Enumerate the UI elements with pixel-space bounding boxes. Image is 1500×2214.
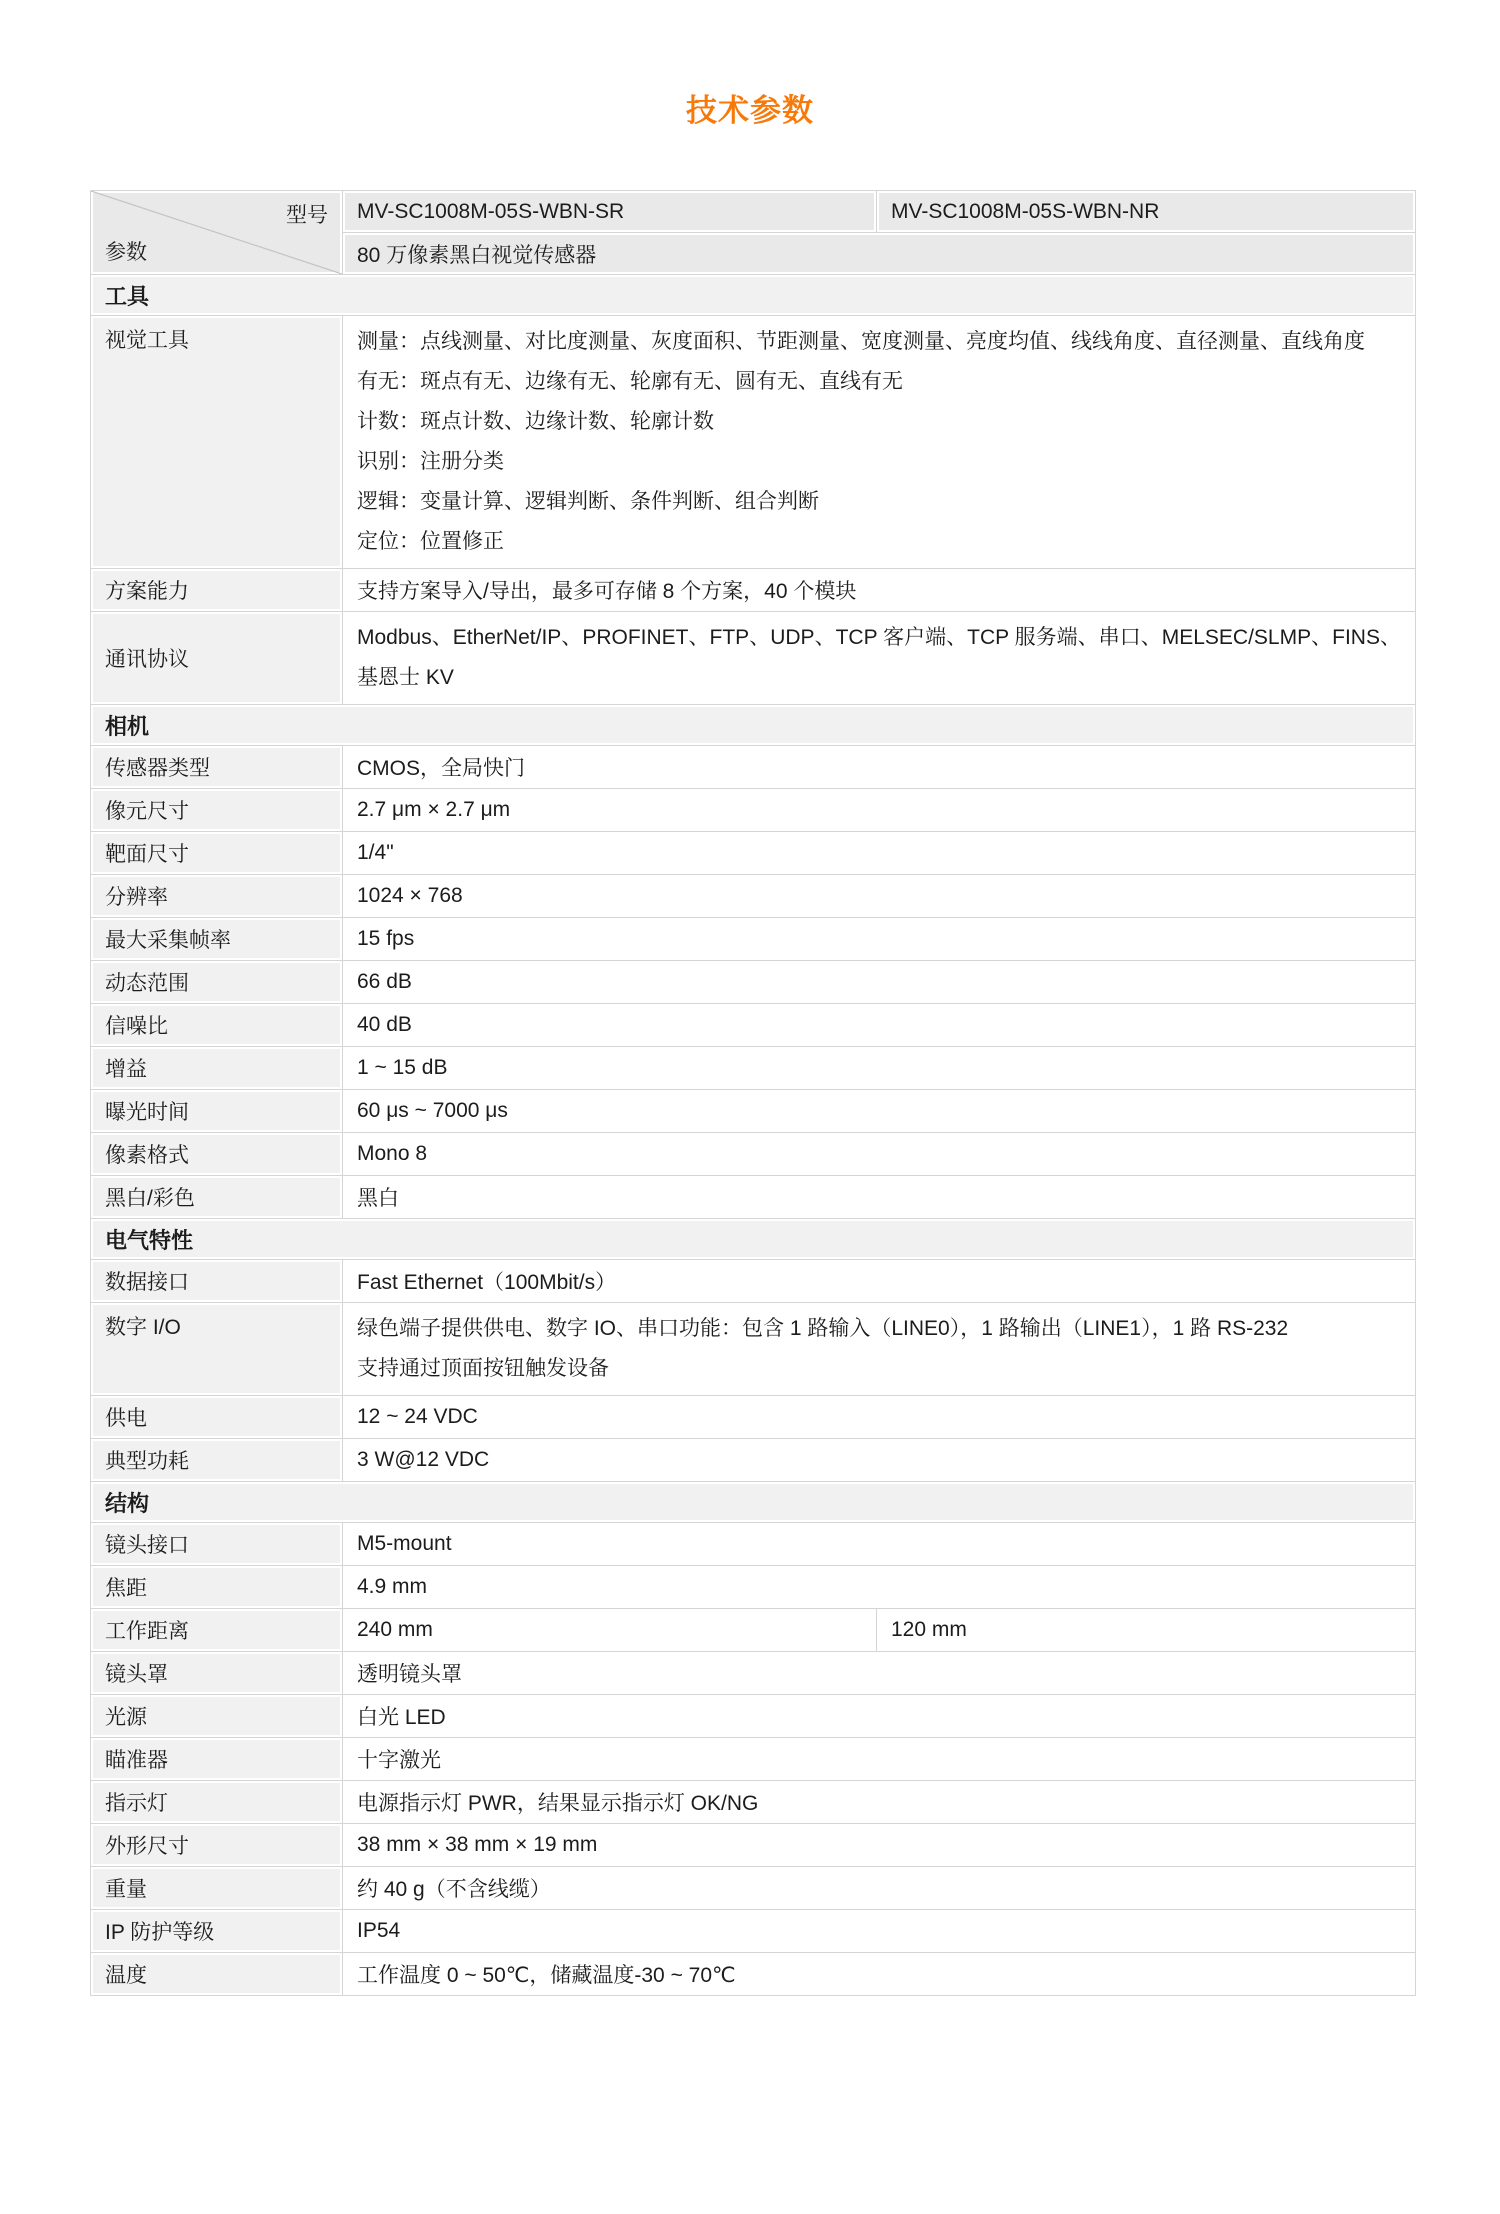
param-label: 焦距 bbox=[91, 1566, 343, 1609]
value-line: 测量：点线测量、对比度测量、灰度面积、节距测量、宽度测量、亮度均值、线线角度、直… bbox=[357, 322, 1401, 362]
value-line: 定位：位置修正 bbox=[357, 522, 1401, 562]
param-value: 2.7 μm × 2.7 μm bbox=[343, 789, 1416, 832]
param-label: 指示灯 bbox=[91, 1781, 343, 1824]
table-row: 光源 白光 LED bbox=[91, 1695, 1416, 1738]
param-label: 工作距离 bbox=[91, 1609, 343, 1652]
table-row: 重量 约 40 g（不含线缆） bbox=[91, 1867, 1416, 1910]
table-row: 传感器类型 CMOS，全局快门 bbox=[91, 746, 1416, 789]
header-row-models: 型号 参数 MV-SC1008M-05S-WBN-SR MV-SC1008M-0… bbox=[91, 191, 1416, 233]
model-name-2: MV-SC1008M-05S-WBN-NR bbox=[877, 191, 1416, 233]
param-value: 38 mm × 38 mm × 19 mm bbox=[343, 1824, 1416, 1867]
param-value: 十字激光 bbox=[343, 1738, 1416, 1781]
param-label: 黑白/彩色 bbox=[91, 1176, 343, 1219]
section-header-tools: 工具 bbox=[91, 275, 1416, 316]
param-value: 1024 × 768 bbox=[343, 875, 1416, 918]
param-label: 曝光时间 bbox=[91, 1090, 343, 1133]
table-row: 数字 I/O 绿色端子提供供电、数字 IO、串口功能：包含 1 路输入（LINE… bbox=[91, 1303, 1416, 1396]
value-line: 绿色端子提供供电、数字 IO、串口功能：包含 1 路输入（LINE0），1 路输… bbox=[357, 1309, 1401, 1349]
table-row: 数据接口 Fast Ethernet（100Mbit/s） bbox=[91, 1260, 1416, 1303]
param-value: Fast Ethernet（100Mbit/s） bbox=[343, 1260, 1416, 1303]
param-value: 绿色端子提供供电、数字 IO、串口功能：包含 1 路输入（LINE0），1 路输… bbox=[343, 1303, 1416, 1396]
section-row-camera: 相机 bbox=[91, 705, 1416, 746]
value-line: 计数：斑点计数、边缘计数、轮廓计数 bbox=[357, 402, 1401, 442]
param-label: 最大采集帧率 bbox=[91, 918, 343, 961]
page: 技术参数 型号 参数 MV-SC1008M-05S-WBN-SR MV-SC10… bbox=[0, 92, 1500, 1996]
param-value: 黑白 bbox=[343, 1176, 1416, 1219]
param-value: 66 dB bbox=[343, 961, 1416, 1004]
table-row: 像元尺寸 2.7 μm × 2.7 μm bbox=[91, 789, 1416, 832]
param-value: M5-mount bbox=[343, 1523, 1416, 1566]
param-label: 传感器类型 bbox=[91, 746, 343, 789]
table-row: 信噪比 40 dB bbox=[91, 1004, 1416, 1047]
param-value: 60 μs ~ 7000 μs bbox=[343, 1090, 1416, 1133]
param-label: 重量 bbox=[91, 1867, 343, 1910]
table-row: 通讯协议 Modbus、EtherNet/IP、PROFINET、FTP、UDP… bbox=[91, 612, 1416, 705]
value-line: 支持通过顶面按钮触发设备 bbox=[357, 1349, 1401, 1389]
param-value-model-2: 120 mm bbox=[877, 1609, 1416, 1652]
section-row-tools: 工具 bbox=[91, 275, 1416, 316]
table-row: IP 防护等级 IP54 bbox=[91, 1910, 1416, 1953]
table-row: 最大采集帧率 15 fps bbox=[91, 918, 1416, 961]
param-label: 方案能力 bbox=[91, 569, 343, 612]
param-value: 测量：点线测量、对比度测量、灰度面积、节距测量、宽度测量、亮度均值、线线角度、直… bbox=[343, 316, 1416, 569]
param-label: 数字 I/O bbox=[91, 1303, 343, 1396]
table-row: 温度 工作温度 0 ~ 50℃，储藏温度-30 ~ 70℃ bbox=[91, 1953, 1416, 1996]
table-row: 动态范围 66 dB bbox=[91, 961, 1416, 1004]
table-row: 工作距离 240 mm 120 mm bbox=[91, 1609, 1416, 1652]
param-label: 瞄准器 bbox=[91, 1738, 343, 1781]
corner-label-model: 型号 bbox=[286, 199, 328, 229]
table-row: 焦距 4.9 mm bbox=[91, 1566, 1416, 1609]
table-row: 曝光时间 60 μs ~ 7000 μs bbox=[91, 1090, 1416, 1133]
param-value: 3 W@12 VDC bbox=[343, 1439, 1416, 1482]
value-line: Modbus、EtherNet/IP、PROFINET、FTP、UDP、TCP … bbox=[357, 618, 1401, 698]
param-value: 白光 LED bbox=[343, 1695, 1416, 1738]
value-line: 逻辑：变量计算、逻辑判断、条件判断、组合判断 bbox=[357, 482, 1401, 522]
header-corner-cell: 型号 参数 bbox=[91, 191, 343, 275]
table-row: 增益 1 ~ 15 dB bbox=[91, 1047, 1416, 1090]
table-row: 供电 12 ~ 24 VDC bbox=[91, 1396, 1416, 1439]
param-label: 通讯协议 bbox=[91, 612, 343, 705]
param-label: 温度 bbox=[91, 1953, 343, 1996]
param-label: 动态范围 bbox=[91, 961, 343, 1004]
param-label: IP 防护等级 bbox=[91, 1910, 343, 1953]
table-row: 黑白/彩色 黑白 bbox=[91, 1176, 1416, 1219]
param-label: 信噪比 bbox=[91, 1004, 343, 1047]
param-value: 1/4" bbox=[343, 832, 1416, 875]
param-value: 12 ~ 24 VDC bbox=[343, 1396, 1416, 1439]
section-header-camera: 相机 bbox=[91, 705, 1416, 746]
param-value: 支持方案导入/导出，最多可存储 8 个方案，40 个模块 bbox=[343, 569, 1416, 612]
table-row: 靶面尺寸 1/4" bbox=[91, 832, 1416, 875]
table-row: 瞄准器 十字激光 bbox=[91, 1738, 1416, 1781]
param-label: 视觉工具 bbox=[91, 316, 343, 569]
param-value: Mono 8 bbox=[343, 1133, 1416, 1176]
param-value: 4.9 mm bbox=[343, 1566, 1416, 1609]
table-row: 指示灯 电源指示灯 PWR，结果显示指示灯 OK/NG bbox=[91, 1781, 1416, 1824]
model-name-1: MV-SC1008M-05S-WBN-SR bbox=[343, 191, 877, 233]
param-label: 增益 bbox=[91, 1047, 343, 1090]
param-label: 镜头接口 bbox=[91, 1523, 343, 1566]
param-value-model-1: 240 mm bbox=[343, 1609, 877, 1652]
param-label: 外形尺寸 bbox=[91, 1824, 343, 1867]
param-value: 40 dB bbox=[343, 1004, 1416, 1047]
section-row-structure: 结构 bbox=[91, 1482, 1416, 1523]
param-label: 数据接口 bbox=[91, 1260, 343, 1303]
param-value: IP54 bbox=[343, 1910, 1416, 1953]
param-label: 供电 bbox=[91, 1396, 343, 1439]
section-header-electrical: 电气特性 bbox=[91, 1219, 1416, 1260]
param-label: 分辨率 bbox=[91, 875, 343, 918]
param-label: 像素格式 bbox=[91, 1133, 343, 1176]
param-label: 靶面尺寸 bbox=[91, 832, 343, 875]
param-label: 典型功耗 bbox=[91, 1439, 343, 1482]
table-row: 方案能力 支持方案导入/导出，最多可存储 8 个方案，40 个模块 bbox=[91, 569, 1416, 612]
param-value: 工作温度 0 ~ 50℃，储藏温度-30 ~ 70℃ bbox=[343, 1953, 1416, 1996]
param-label: 光源 bbox=[91, 1695, 343, 1738]
table-row: 外形尺寸 38 mm × 38 mm × 19 mm bbox=[91, 1824, 1416, 1867]
param-value: 约 40 g（不含线缆） bbox=[343, 1867, 1416, 1910]
param-value: 透明镜头罩 bbox=[343, 1652, 1416, 1695]
product-subtitle: 80 万像素黑白视觉传感器 bbox=[343, 233, 1416, 275]
section-header-structure: 结构 bbox=[91, 1482, 1416, 1523]
param-label: 像元尺寸 bbox=[91, 789, 343, 832]
table-row: 视觉工具 测量：点线测量、对比度测量、灰度面积、节距测量、宽度测量、亮度均值、线… bbox=[91, 316, 1416, 569]
table-row: 典型功耗 3 W@12 VDC bbox=[91, 1439, 1416, 1482]
param-value: 15 fps bbox=[343, 918, 1416, 961]
table-row: 分辨率 1024 × 768 bbox=[91, 875, 1416, 918]
spec-table: 型号 参数 MV-SC1008M-05S-WBN-SR MV-SC1008M-0… bbox=[90, 190, 1416, 1996]
section-row-electrical: 电气特性 bbox=[91, 1219, 1416, 1260]
param-value: CMOS，全局快门 bbox=[343, 746, 1416, 789]
param-value: Modbus、EtherNet/IP、PROFINET、FTP、UDP、TCP … bbox=[343, 612, 1416, 705]
param-value: 电源指示灯 PWR，结果显示指示灯 OK/NG bbox=[343, 1781, 1416, 1824]
param-value: 1 ~ 15 dB bbox=[343, 1047, 1416, 1090]
corner-label-param: 参数 bbox=[105, 236, 147, 266]
table-row: 镜头接口 M5-mount bbox=[91, 1523, 1416, 1566]
value-line: 识别：注册分类 bbox=[357, 442, 1401, 482]
param-label: 镜头罩 bbox=[91, 1652, 343, 1695]
page-title: 技术参数 bbox=[0, 92, 1500, 130]
table-row: 镜头罩 透明镜头罩 bbox=[91, 1652, 1416, 1695]
value-line: 有无：斑点有无、边缘有无、轮廓有无、圆有无、直线有无 bbox=[357, 362, 1401, 402]
table-row: 像素格式 Mono 8 bbox=[91, 1133, 1416, 1176]
